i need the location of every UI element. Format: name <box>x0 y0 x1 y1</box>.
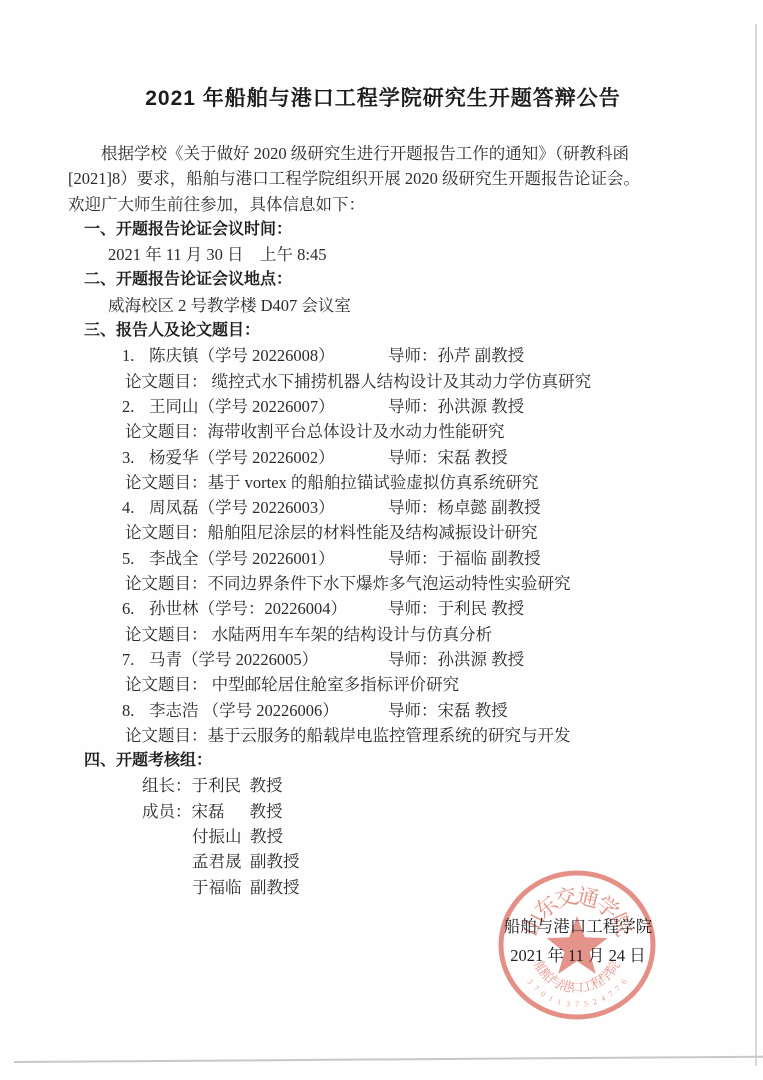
report-item-6: 6.孙世林（学号：20226004） 导师：于利民 教授 <box>68 596 698 621</box>
intro-line-3: 欢迎广大师生前往参加，具体信息如下： <box>68 192 698 217</box>
thesis-topic-8: 论文题目：基于云服务的船载岸电监控管理系统的研究与开发 <box>68 723 698 748</box>
item-number: 2. <box>122 394 149 419</box>
svg-text:交: 交 <box>553 883 580 912</box>
meeting-time: 2021 年 11 月 30 日 上午 8:45 <box>68 242 698 267</box>
scanned-page: 2021 年船舶与港口工程学院研究生开题答辩公告 根据学校《关于做好 2020 … <box>0 0 763 1080</box>
leader-title: 教授 <box>250 776 283 795</box>
intro-line-2: [2021]8）要求，船舶与港口工程学院组织开展 2020 级研究生开题报告论证… <box>68 166 698 191</box>
section-heading-place: 二、开题报告论证会议地点： <box>68 267 698 292</box>
thesis-topic-2: 论文题目：海带收割平台总体设计及水动力性能研究 <box>68 419 698 444</box>
thesis-topic-4: 论文题目：船舶阻尼涂层的材料性能及结构减振设计研究 <box>68 520 698 545</box>
advisor: 导师：孙洪源 教授 <box>388 394 524 419</box>
signature-block: 船舶与港口工程学院 2021 年 11 月 24 日 <box>483 915 673 968</box>
member-name: 付振山 <box>192 824 250 849</box>
svg-text:7: 7 <box>532 984 541 993</box>
member-name: 孟君晟 <box>192 849 250 874</box>
student-name-id: 陈庆镇（学号 20226008） <box>149 346 335 365</box>
member-title: 副教授 <box>250 852 300 871</box>
svg-text:1: 1 <box>547 994 555 1004</box>
signature-org: 船舶与港口工程学院 <box>483 915 673 939</box>
student-name-id: 李战全（学号 20226001） <box>149 549 335 568</box>
document-body: 2021 年船舶与港口工程学院研究生开题答辩公告 根据学校《关于做好 2020 … <box>68 84 698 900</box>
member-name: 于福临 <box>192 875 250 900</box>
student-name-id: 孙世林（学号：20226004） <box>149 599 347 618</box>
section-heading-committee: 四、开题考核组： <box>68 748 698 773</box>
svg-text:3: 3 <box>565 999 570 1009</box>
report-item-1: 1.陈庆镇（学号 20226008） 导师：孙芹 副教授 <box>68 343 698 368</box>
advisor: 导师：宋磊 教授 <box>388 698 508 723</box>
meeting-place: 威海校区 2 号教学楼 D407 会议室 <box>68 293 698 318</box>
student-name-id: 周凤磊（学号 20226003） <box>149 498 335 517</box>
member-title: 教授 <box>250 827 283 846</box>
report-item-4: 4.周凤磊（学号 20226003） 导师：杨卓懿 副教授 <box>68 495 698 520</box>
item-number: 7. <box>122 647 149 672</box>
item-number: 4. <box>122 495 149 520</box>
student-name-id: 王同山（学号 20226007） <box>149 397 335 416</box>
item-number: 5. <box>122 546 149 571</box>
svg-text:5: 5 <box>583 999 588 1009</box>
item-number: 3. <box>122 445 149 470</box>
thesis-topic-6: 论文题目： 水陆两用车车架的结构设计与仿真分析 <box>68 622 698 647</box>
page-edge-bottom <box>14 1055 763 1063</box>
svg-text:4: 4 <box>599 994 607 1004</box>
advisor: 导师：孙芹 副教授 <box>388 343 524 368</box>
svg-text:7: 7 <box>613 984 622 993</box>
thesis-topic-5: 论文题目：不同边界条件下水下爆炸多气泡运动特性实验研究 <box>68 571 698 596</box>
member-title: 教授 <box>250 802 283 821</box>
intro-line-1: 根据学校《关于做好 2020 级研究生进行开题报告工作的通知》（研教科函 <box>68 141 698 166</box>
student-name-id: 马青（学号 20226005） <box>149 650 318 669</box>
leader-label: 组长： <box>142 773 192 798</box>
member-title: 副教授 <box>250 878 300 897</box>
thesis-topic-3: 论文题目：基于 vortex 的船舶拉锚试验虚拟仿真系统研究 <box>68 470 698 495</box>
student-name-id: 杨爱华（学号 20226002） <box>149 448 335 467</box>
student-name-id: 李志浩 （学号 20226006） <box>149 701 339 720</box>
svg-text:7: 7 <box>607 989 615 999</box>
section-heading-reports: 三、报告人及论文题目： <box>68 318 698 343</box>
signature-date: 2021 年 11 月 24 日 <box>483 944 673 968</box>
section-heading-time: 一、开题报告论证会议时间： <box>68 217 698 242</box>
svg-text:7: 7 <box>575 1000 579 1009</box>
thesis-topic-1: 论文题目： 缆控式水下捕捞机器人结构设计及其动力学仿真研究 <box>68 369 698 394</box>
svg-text:6: 6 <box>619 977 629 986</box>
member-label: 成员： <box>142 799 192 824</box>
advisor: 导师：杨卓懿 副教授 <box>388 495 541 520</box>
thesis-topic-7: 论文题目： 中型邮轮居住舱室多指标评价研究 <box>68 672 698 697</box>
advisor: 导师：于利民 教授 <box>388 596 524 621</box>
report-item-5: 5.李战全（学号 20226001） 导师：于福临 副教授 <box>68 546 698 571</box>
item-number: 8. <box>122 698 149 723</box>
committee-member-row: 付振山教授 <box>68 824 698 849</box>
svg-text:2: 2 <box>591 997 597 1007</box>
report-item-8: 8.李志浩 （学号 20226006） 导师：宋磊 教授 <box>68 698 698 723</box>
svg-text:3: 3 <box>525 977 535 986</box>
page-edge-right <box>755 24 757 1066</box>
svg-text:1: 1 <box>556 997 562 1007</box>
svg-text:0: 0 <box>539 989 547 999</box>
page-title: 2021 年船舶与港口工程学院研究生开题答辩公告 <box>68 84 698 114</box>
advisor: 导师：于福临 副教授 <box>388 546 541 571</box>
item-number: 1. <box>122 343 149 368</box>
committee-leader-row: 组长：于利民教授 <box>68 773 698 798</box>
committee-member-row: 成员：宋磊教授 <box>68 799 698 824</box>
advisor: 导师：孙洪源 教授 <box>388 647 524 672</box>
report-item-3: 3.杨爱华（学号 20226002） 导师：宋磊 教授 <box>68 445 698 470</box>
item-number: 6. <box>122 596 149 621</box>
report-item-2: 2.王同山（学号 20226007） 导师：孙洪源 教授 <box>68 394 698 419</box>
member-name: 宋磊 <box>192 799 250 824</box>
advisor: 导师：宋磊 教授 <box>388 445 508 470</box>
report-item-7: 7.马青（学号 20226005） 导师：孙洪源 教授 <box>68 647 698 672</box>
leader-name: 于利民 <box>192 773 250 798</box>
